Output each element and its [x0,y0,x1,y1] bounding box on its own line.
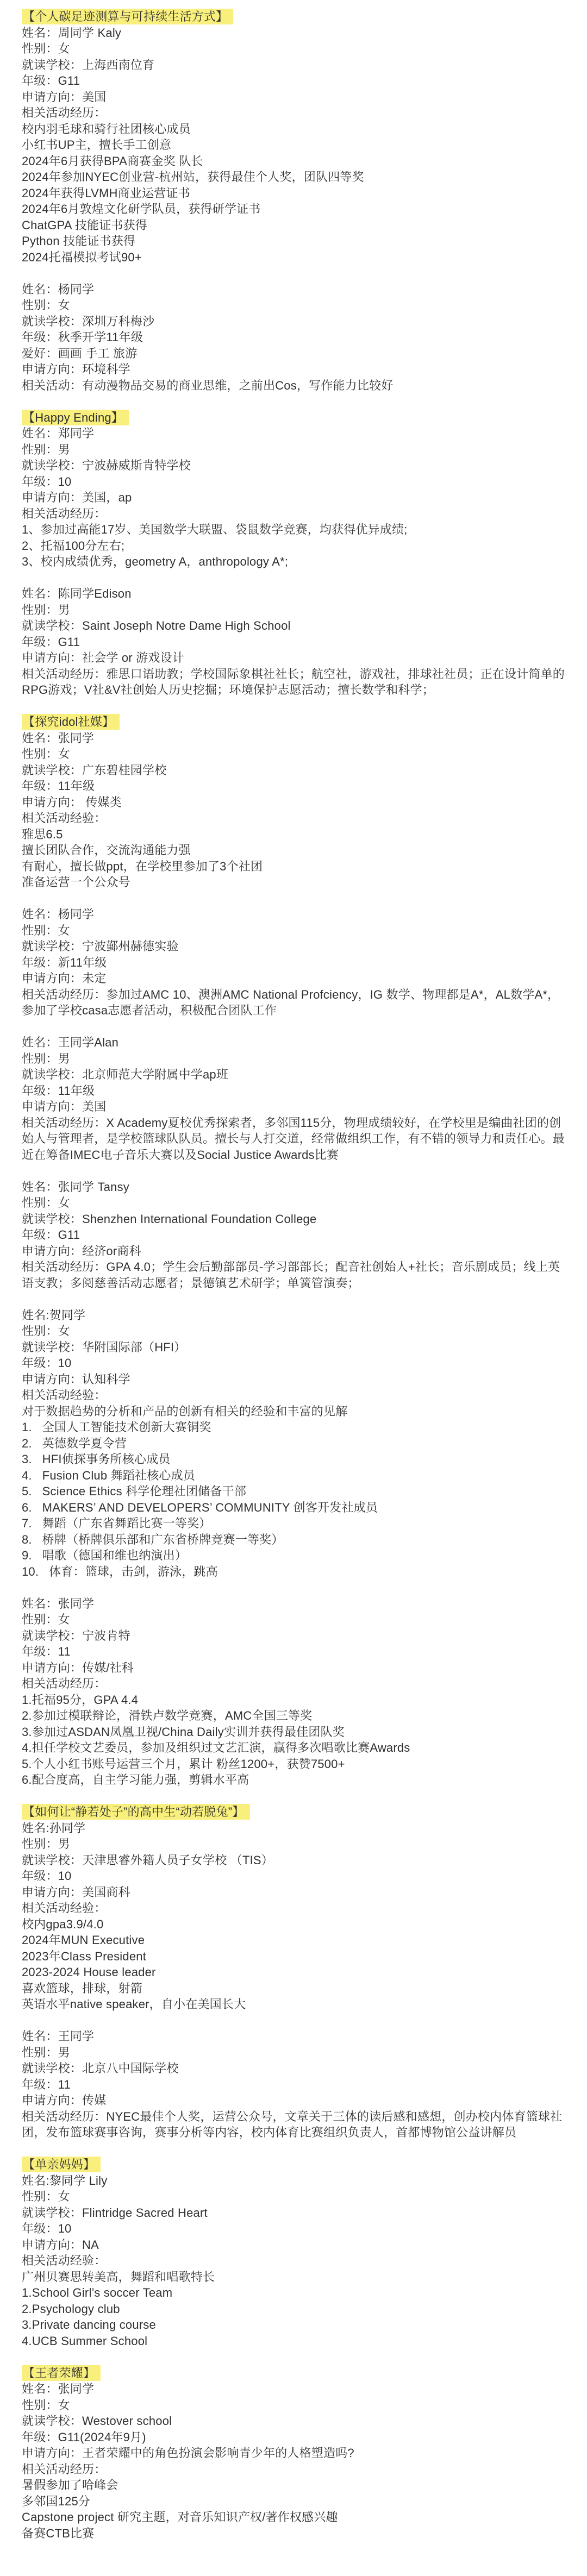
profile-section: 【单亲妈妈】姓名:黎同学 Lily性别：女就读学校：Flintridge Sac… [22,2157,567,2349]
profile-line: 申请方向：美国，ap [22,490,567,506]
profile-line: 1.School Girl’s soccer Team [22,2285,567,2301]
profile-line: 3、校内成绩优秀，geometry A，anthropology A*; [22,554,567,570]
profile-line: 申请方向：美国商科 [22,1884,567,1901]
student-profile: 姓名：王同学Alan性别：男就读学校：北京师范大学附属中学ap班年级：11年级申… [22,1035,567,1163]
profile-line: 就读学校：深圳万科梅沙 [22,314,567,330]
profile-line: 广州贝赛思转美高，舞蹈和唱歌特长 [22,2269,567,2285]
student-profile: 姓名：王同学性别：男就读学校：北京八中国际学校年级：11申请方向：传媒相关活动经… [22,2028,567,2141]
section-header-highlight: 【Happy Ending】 [22,410,129,425]
profile-line: Python 技能证书获得 [22,233,567,249]
profile-line: 3.Private dancing course [22,2317,567,2333]
profile-section: 【Happy Ending】姓名：郑同学性别：男就读学校：宁波赫威斯肯特学校年级… [22,410,567,698]
profile-line: 就读学校：宁波鄞州赫德实验 [22,938,567,955]
profile-line: 年级：G11 [22,1227,567,1243]
profile-line: 相关活动经历：GPA 4.0；学生会后勤部部员-学习部部长；配音社创始人+社长；… [22,1259,567,1291]
profile-line: 相关活动经历：雅思口语助教；学校国际象棋社社长；航空社，游戏社，排球社社员；正在… [22,666,567,698]
profile-line: 备赛CTB比赛 [22,2525,567,2542]
profile-line: 姓名：张同学 [22,2381,567,2397]
profile-line: 1、参加过高能17岁、美国数学大联盟、袋鼠数学竞赛，均获得优异成绩; [22,522,567,538]
profile-line: 姓名：王同学 [22,2028,567,2045]
profile-line: 年级：秋季开学11年级 [22,329,567,346]
profile-line: Capstone project 研究主题，对音乐知识产权/著作权感兴趣 [22,2509,567,2525]
profile-line: 年级：11 [22,1644,567,1660]
profile-line: 就读学校：Shenzhen International Foundation C… [22,1211,567,1227]
profile-line: 姓名:黎同学 Lily [22,2173,567,2189]
student-profile: 姓名：张同学性别：女就读学校：宁波肯特年级：11申请方向：传媒/社科相关活动经历… [22,1596,567,1788]
profile-line: 2.参加过模联辩论，滑铁卢数学竞赛，AMC全国三等奖 [22,1708,567,1724]
student-profile: 姓名:孙同学性别：男就读学校：天津思睿外籍人员子女学校 （TIS）年级：10申请… [22,1820,567,2013]
profile-line: 就读学校：Westover school [22,2413,567,2429]
student-profile: 姓名：张同学 Tansy性别：女就读学校：Shenzhen Internatio… [22,1179,567,1292]
section-header: 【探究idol社媒】 [22,714,567,730]
profile-line: 性别：女 [22,746,567,762]
profile-line: 就读学校：Flintridge Sacred Heart [22,2205,567,2221]
profile-line: ChatGPA 技能证书获得 [22,217,567,234]
profile-line: 2024托福模拟考试90+ [22,249,567,266]
profile-line: 5. Science Ethics 科学伦理社团储备干部 [22,1483,567,1500]
profile-line: 就读学校：上海西南位育 [22,57,567,73]
profile-line: 就读学校：北京八中国际学校 [22,2060,567,2077]
profile-line: 姓名：张同学 [22,730,567,747]
profile-line: 申请方向： 传媒类 [22,794,567,811]
profile-line: 相关活动经验： [22,2253,567,2269]
profile-line: 申请方向：王者荣耀中的角色扮演会影响青少年的人格塑造吗? [22,2445,567,2461]
profile-line: 2024年MUN Executive [22,1932,567,1948]
profile-line: 年级：11 [22,2077,567,2093]
profile-line: 就读学校：宁波肯特 [22,1628,567,1644]
profile-line: 性别：女 [22,2397,567,2414]
profile-list: 【个人碳足迹测算与可持续生活方式】姓名：周同学 Kaly性别：女就读学校：上海西… [22,9,567,2541]
profile-line: 擅长团队合作，交流沟通能力强 [22,842,567,858]
student-profile: 姓名：张同学性别：女就读学校：Westover school年级：G11(202… [22,2381,567,2541]
profile-line: 4. Fusion Club 舞蹈社核心成员 [22,1468,567,1484]
profile-line: 申请方向：美国 [22,1099,567,1115]
profile-section: 【个人碳足迹测算与可持续生活方式】姓名：周同学 Kaly性别：女就读学校：上海西… [22,9,567,393]
profile-line: 7. 舞蹈（广东省舞蹈比赛一等奖） [22,1515,567,1532]
student-profile: 姓名:贺同学性别：女就读学校：华附国际部（HFI）年级：10申请方向：认知科学相… [22,1307,567,1580]
student-profile: 姓名:黎同学 Lily性别：女就读学校：Flintridge Sacred He… [22,2173,567,2349]
section-header: 【Happy Ending】 [22,410,567,426]
profile-line: 性别：男 [22,1051,567,1067]
profile-line: 性别：女 [22,2189,567,2205]
profile-section: 【如何让“静若处子”的高中生“动若脱兔”】姓名:孙同学性别：男就读学校：天津思睿… [22,1804,567,2141]
profile-line: 申请方向：传媒 [22,2092,567,2109]
profile-line: 年级：新11年级 [22,955,567,971]
profile-line: 申请方向：环境科学 [22,361,567,378]
profile-line: 雅思6.5 [22,826,567,843]
profile-line: 2.Psychology club [22,2301,567,2317]
student-profile: 姓名：陈同学Edison性别：男就读学校：Saint Joseph Notre … [22,586,567,698]
profile-line: 年级：11年级 [22,1083,567,1099]
profile-line: 申请方向：社会学 or 游戏设计 [22,650,567,666]
profile-line: 年级：10 [22,1868,567,1884]
profile-line: 8. 桥牌（桥牌俱乐部和广东省桥牌竞赛一等奖） [22,1532,567,1548]
profile-line: 小红书UP主，擅长手工创意 [22,137,567,153]
profile-line: 性别：女 [22,1195,567,1211]
profile-line: 就读学校：Saint Joseph Notre Dame High School [22,618,567,634]
profile-line: 相关活动经验： [22,1387,567,1403]
document-page: 【个人碳足迹测算与可持续生活方式】姓名：周同学 Kaly性别：女就读学校：上海西… [0,0,587,2576]
profile-line: 2024年6月敦煌文化研学队员，获得研学证书 [22,201,567,217]
section-header-highlight: 【探究idol社媒】 [22,714,120,730]
profile-line: 就读学校：广东碧桂园学校 [22,762,567,779]
profile-line: 申请方向：认知科学 [22,1371,567,1388]
profile-line: 暑假参加了哈峰会 [22,2477,567,2493]
profile-line: 姓名：郑同学 [22,425,567,442]
profile-line: 1. 全国人工智能技术创新大赛铜奖 [22,1419,567,1436]
profile-line: 性别：男 [22,442,567,458]
profile-line: 10. 体育：篮球，击剑，游泳，跳高 [22,1564,567,1580]
section-header-highlight: 【单亲妈妈】 [22,2157,101,2172]
profile-line: 6.配合度高，自主学习能力强，剪辑水平高 [22,1772,567,1788]
profile-line: 姓名：陈同学Edison [22,586,567,602]
profile-line: 相关活动经历： [22,1676,567,1692]
student-profile: 姓名：张同学性别：女就读学校：广东碧桂园学校年级：11年级申请方向： 传媒类相关… [22,730,567,891]
profile-line: 性别：男 [22,2045,567,2061]
profile-line: 对于数据趋势的分析和产品的创新有相关的经验和丰富的见解 [22,1403,567,1420]
profile-line: 2023-2024 House leader [22,1964,567,1980]
section-header-highlight: 【个人碳足迹测算与可持续生活方式】 [22,9,233,24]
profile-line: 姓名:孙同学 [22,1820,567,1837]
profile-section: 【王者荣耀】姓名：张同学性别：女就读学校：Westover school年级：G… [22,2365,567,2542]
profile-line: 1.托福95分，GPA 4.4 [22,1692,567,1708]
profile-line: 姓名：张同学 Tansy [22,1179,567,1195]
profile-line: 相关活动经历：NYEC最佳个人奖，运营公众号，文章关于三体的读后感和感想，创办校… [22,2109,567,2141]
profile-line: 申请方向：NA [22,2237,567,2253]
profile-line: 性别：女 [22,297,567,314]
student-profile: 姓名：杨同学性别：女就读学校：深圳万科梅沙年级：秋季开学11年级爱好：画画 手工… [22,281,567,394]
profile-line: 性别：女 [22,923,567,939]
profile-line: 年级：G11(2024年9月) [22,2429,567,2446]
profile-line: 4.UCB Summer School [22,2333,567,2349]
profile-line: 申请方向：经济or商科 [22,1243,567,1259]
profile-line: 年级：10 [22,2221,567,2237]
profile-line: 英语水平native speaker，自小在美国长大 [22,1996,567,2013]
profile-line: 有耐心，擅长做ppt，在学校里参加了3个社团 [22,858,567,875]
profile-line: 2、托福100分左右; [22,538,567,554]
profile-line: 就读学校：北京师范大学附属中学ap班 [22,1067,567,1083]
section-header: 【单亲妈妈】 [22,2157,567,2173]
profile-line: 申请方向：未定 [22,970,567,987]
profile-line: 2024年参加NYEC创业营-杭州站，获得最佳个人奖，团队四等奖 [22,169,567,185]
profile-line: 相关活动：有动漫物品交易的商业思维，之前出Cos，写作能力比较好 [22,378,567,394]
profile-line: 爱好：画画 手工 旅游 [22,346,567,362]
profile-line: 性别：女 [22,1323,567,1339]
profile-line: 2023年Class President [22,1948,567,1965]
profile-line: 年级：11年级 [22,778,567,794]
profile-line: 就读学校：华附国际部（HFI） [22,1339,567,1356]
profile-line: 相关活动经历：X Academy夏校优秀探索者，多邻国115分，物理成绩较好，在… [22,1115,567,1163]
profile-line: 姓名：张同学 [22,1596,567,1612]
profile-line: 准备运营一个公众号 [22,874,567,891]
profile-line: 年级：G11 [22,73,567,89]
section-header: 【个人碳足迹测算与可持续生活方式】 [22,9,567,25]
profile-line: 校内gpa3.9/4.0 [22,1916,567,1933]
profile-line: 性别：男 [22,602,567,618]
profile-section: 【探究idol社媒】姓名：张同学性别：女就读学校：广东碧桂园学校年级：11年级申… [22,714,567,1788]
profile-line: 2024年6月获得BPA商赛金奖 队长 [22,153,567,170]
profile-line: 相关活动经历： [22,506,567,522]
section-header: 【如何让“静若处子”的高中生“动若脱兔”】 [22,1804,567,1820]
profile-line: 性别：男 [22,1836,567,1852]
student-profile: 姓名：郑同学性别：男就读学校：宁波赫威斯肯特学校年级：10申请方向：美国，ap相… [22,425,567,570]
profile-line: 相关活动经验： [22,1900,567,1916]
profile-line: 年级：10 [22,1355,567,1371]
profile-line: 就读学校：天津思睿外籍人员子女学校 （TIS） [22,1852,567,1869]
section-header: 【王者荣耀】 [22,2365,567,2381]
profile-line: 相关活动经历： [22,105,567,121]
profile-line: 姓名:贺同学 [22,1307,567,1324]
student-profile: 姓名：周同学 Kaly性别：女就读学校：上海西南位育年级：G11申请方向：美国相… [22,25,567,266]
profile-line: 多邻国125分 [22,2493,567,2510]
profile-line: 姓名：杨同学 [22,906,567,923]
profile-line: 就读学校：宁波赫威斯肯特学校 [22,457,567,474]
profile-line: 年级：G11 [22,634,567,650]
profile-line: 6. MAKERS’ AND DEVELOPERS’ COMMUNITY 创客开… [22,1500,567,1516]
profile-line: 5.个人小红书账号运营三个月，累计 粉丝1200+，获赞7500+ [22,1756,567,1772]
profile-line: 2024年获得LVMH商业运营证书 [22,185,567,202]
profile-line: 2. 英德数学夏令营 [22,1436,567,1452]
profile-line: 相关活动经历： [22,2461,567,2478]
profile-line: 姓名：王同学Alan [22,1035,567,1051]
profile-line: 性别：女 [22,41,567,57]
profile-line: 姓名：周同学 Kaly [22,25,567,41]
student-profile: 姓名：杨同学性别：女就读学校：宁波鄞州赫德实验年级：新11年级申请方向：未定相关… [22,906,567,1019]
section-header-highlight: 【王者荣耀】 [22,2365,101,2381]
profile-line: 4.担任学校文艺委员，参加及组织过文艺汇演，赢得多次唱歌比赛Awards [22,1740,567,1756]
profile-line: 性别：女 [22,1612,567,1628]
profile-line: 校内羽毛球和骑行社团核心成员 [22,121,567,137]
profile-line: 9. 唱歌（德国和维也纳演出） [22,1547,567,1564]
profile-line: 相关活动经历：参加过AMC 10、澳洲AMC National Profcien… [22,987,567,1019]
profile-line: 3. HFI侦探事务所核心成员 [22,1451,567,1468]
section-header-highlight: 【如何让“静若处子”的高中生“动若脱兔”】 [22,1804,250,1820]
profile-line: 年级：10 [22,474,567,490]
profile-line: 申请方向：美国 [22,89,567,105]
profile-line: 3.参加过ASDAN凤凰卫视/China Daily实训并获得最佳团队奖 [22,1724,567,1740]
profile-line: 申请方向：传媒/社科 [22,1660,567,1676]
profile-line: 喜欢篮球，排球，射箭 [22,1980,567,1997]
profile-line: 相关活动经验： [22,810,567,826]
profile-line: 姓名：杨同学 [22,281,567,298]
